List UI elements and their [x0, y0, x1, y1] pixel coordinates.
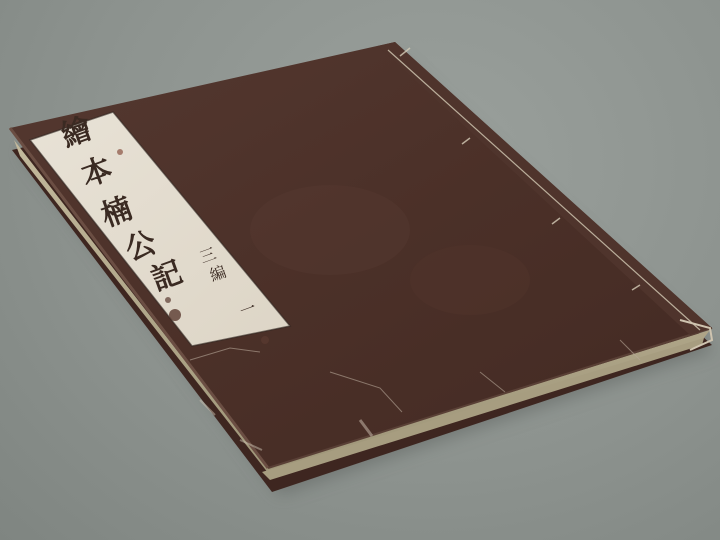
- book-illustration: [0, 0, 720, 540]
- photo-scene: 繪 本 楠 公 記 三 編 一: [0, 0, 720, 540]
